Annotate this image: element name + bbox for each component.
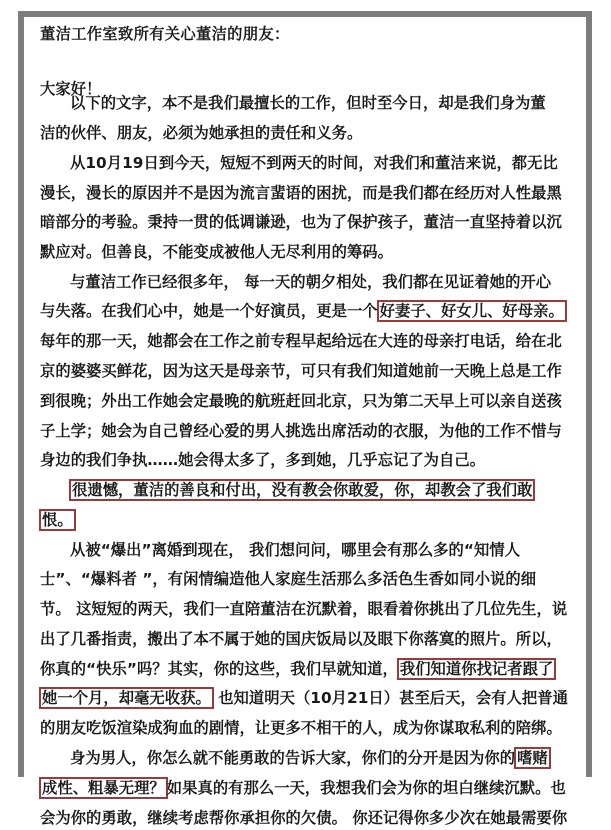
text-span: 京的婆婆买鲜花，因为这天是母亲节，可只有我们知道她前一天晚上总是工作 <box>40 362 562 380</box>
highlighted-phrase: 恨。 <box>39 509 76 531</box>
highlighted-phrase: 很遗憾，董洁的善良和付出，没有教会你敢爱，你，却教会了我们敢 <box>69 479 535 501</box>
text-line: 洁的伙伴、朋友，必须为她承担的责任和义务。 <box>40 121 362 145</box>
text-span: 洁的伙伴、朋友，必须为她承担的责任和义务。 <box>40 124 362 142</box>
text-span: 与董洁工作已经很多年， 每一天的朝夕相处，我们都在见证着她的开心 <box>70 273 551 291</box>
text-line: 京的婆婆买鲜花，因为这天是母亲节，可只有我们知道她前一天晚上总是工作 <box>40 359 562 383</box>
text-span: 每年的那一天，她都会在工作之前专程早起给远在大连的母亲打电话，给在北 <box>40 332 562 350</box>
text-span: 身边的我们争执……她会得太多了，多到她，几乎忘记了为自己。 <box>40 451 485 469</box>
document-title: 董洁工作室致所有关心董洁的朋友： <box>40 22 290 46</box>
text-line: 出了几番指责，搬出了本不属于她的国庆饭局以及眼下你落寞的照片。所以， <box>40 627 562 651</box>
text-line: 恨。 <box>40 508 75 532</box>
text-line: 暗部分的考验。秉持一贯的低调谦逊，也为了保护孩子，董洁一直坚持着以沉 <box>40 210 562 234</box>
text-line: 身边的我们争执……她会得太多了，多到她，几乎忘记了为自己。 <box>40 448 485 472</box>
text-line: 身为男人，你怎么就不能勇敢的告诉大家，你们的分开是因为你的嗜赌 <box>70 746 550 755</box>
text-span: 节。 这短短的两天，我们一直陪董洁在沉默着，眼看着你挑出了几位先生，说 <box>40 600 567 618</box>
text-line: 与董洁工作已经很多年， 每一天的朝夕相处，我们都在见证着她的开心 <box>70 270 551 294</box>
highlighted-phrase: 我们知道你找记者跟了 <box>397 658 556 680</box>
text-span: 从被“爆出”离婚到现在， 我们想问问，哪里会有那么多的“知情人 <box>70 541 520 559</box>
text-span: 士”、“爆料者 ”，有闲情编造他人家庭生活那么多活色生香如同小说的细 <box>40 570 536 588</box>
text-line: 从被“爆出”离婚到现在， 我们想问问，哪里会有那么多的“知情人 <box>70 538 520 562</box>
text-span: 以下的文字，本不是我们最擅长的工作，但时至今日，却是我们身为董 <box>70 94 546 112</box>
text-line: 子上学；她会为自己曾经心爱的男人挑选出席活动的衣服，为他的工作不惜与 <box>40 419 562 443</box>
text-line: 士”、“爆料者 ”，有闲情编造他人家庭生活那么多活色生香如同小说的细 <box>40 567 536 591</box>
text-line: 漫长，漫长的原因并不是因为流言蜚语的困扰，而是我们都在经历对人性最黑 <box>40 181 562 205</box>
text-line: 很遗憾，董洁的善良和付出，没有教会你敢爱，你，却教会了我们敢 <box>70 478 534 502</box>
text-span: 你真的“快乐”吗？其实，你的这些，我们早就知道， <box>40 660 398 678</box>
text-line: 每年的那一天，她都会在工作之前专程早起给远在大连的母亲打电话，给在北 <box>40 329 562 353</box>
text-span: 暗部分的考验。秉持一贯的低调谦逊，也为了保护孩子，董洁一直坚持着以沉 <box>40 213 562 231</box>
text-span: 漫长，漫长的原因并不是因为流言蜚语的困扰，而是我们都在经历对人性最黑 <box>40 184 562 202</box>
text-span: 子上学；她会为自己曾经心爱的男人挑选出席活动的衣服，为他的工作不惜与 <box>40 422 562 440</box>
text-line: 她一个月，却毫无收获。 也知道明天（10月21日）甚至后天，会有人把普通 <box>40 686 568 710</box>
text-span: 出了几番指责，搬出了本不属于她的国庆饭局以及眼下你落寞的照片。所以， <box>40 630 562 648</box>
text-line: 从10月19日到今天，短短不到两天的时间，对我们和董洁来说，都无比 <box>70 151 558 175</box>
highlighted-phrase: 嗜赌 <box>514 747 551 755</box>
text-span: 身为男人，你怎么就不能勇敢的告诉大家，你们的分开是因为你的 <box>70 749 515 755</box>
text-span: 默应对。但善良，不能变成被他人无尽利用的筹码。 <box>40 243 393 261</box>
highlighted-phrase: 她一个月，却毫无收获。 <box>39 687 214 709</box>
text-span: 从10月19日到今天，短短不到两天的时间，对我们和董洁来说，都无比 <box>70 154 558 172</box>
text-line: 与失落。在我们心中，她是一个好演员，更是一个好妻子、好女儿、好母亲。 <box>40 299 566 323</box>
text-span: 到很晚；外出工作她会定最晚的航班赶回北京，只为第二天早上可以亲自送孩 <box>40 392 562 410</box>
text-line: 以下的文字，本不是我们最擅长的工作，但时至今日，却是我们身为董 <box>70 91 546 115</box>
text-line: 的朋友吃饭渲染成狗血的剧情，让更多不相干的人，成为你谋取私利的陪绑。 <box>40 716 562 740</box>
text-span: 的朋友吃饭渲染成狗血的剧情，让更多不相干的人，成为你谋取私利的陪绑。 <box>40 719 562 737</box>
text-line: 节。 这短短的两天，我们一直陪董洁在沉默着，眼看着你挑出了几位先生，说 <box>40 597 567 621</box>
highlighted-phrase: 好妻子、好女儿、好母亲。 <box>377 300 567 322</box>
text-span: 与失落。在我们心中，她是一个好演员，更是一个 <box>40 302 378 320</box>
text-line: 默应对。但善良，不能变成被他人无尽利用的筹码。 <box>40 240 393 264</box>
text-span: 也知道明天（10月21日）甚至后天，会有人把普通 <box>213 689 568 707</box>
text-line: 到很晚；外出工作她会定最晚的航班赶回北京，只为第二天早上可以亲自送孩 <box>40 389 562 413</box>
text-line: 你真的“快乐”吗？其实，你的这些，我们早就知道，我们知道你找记者跟了 <box>40 657 555 681</box>
